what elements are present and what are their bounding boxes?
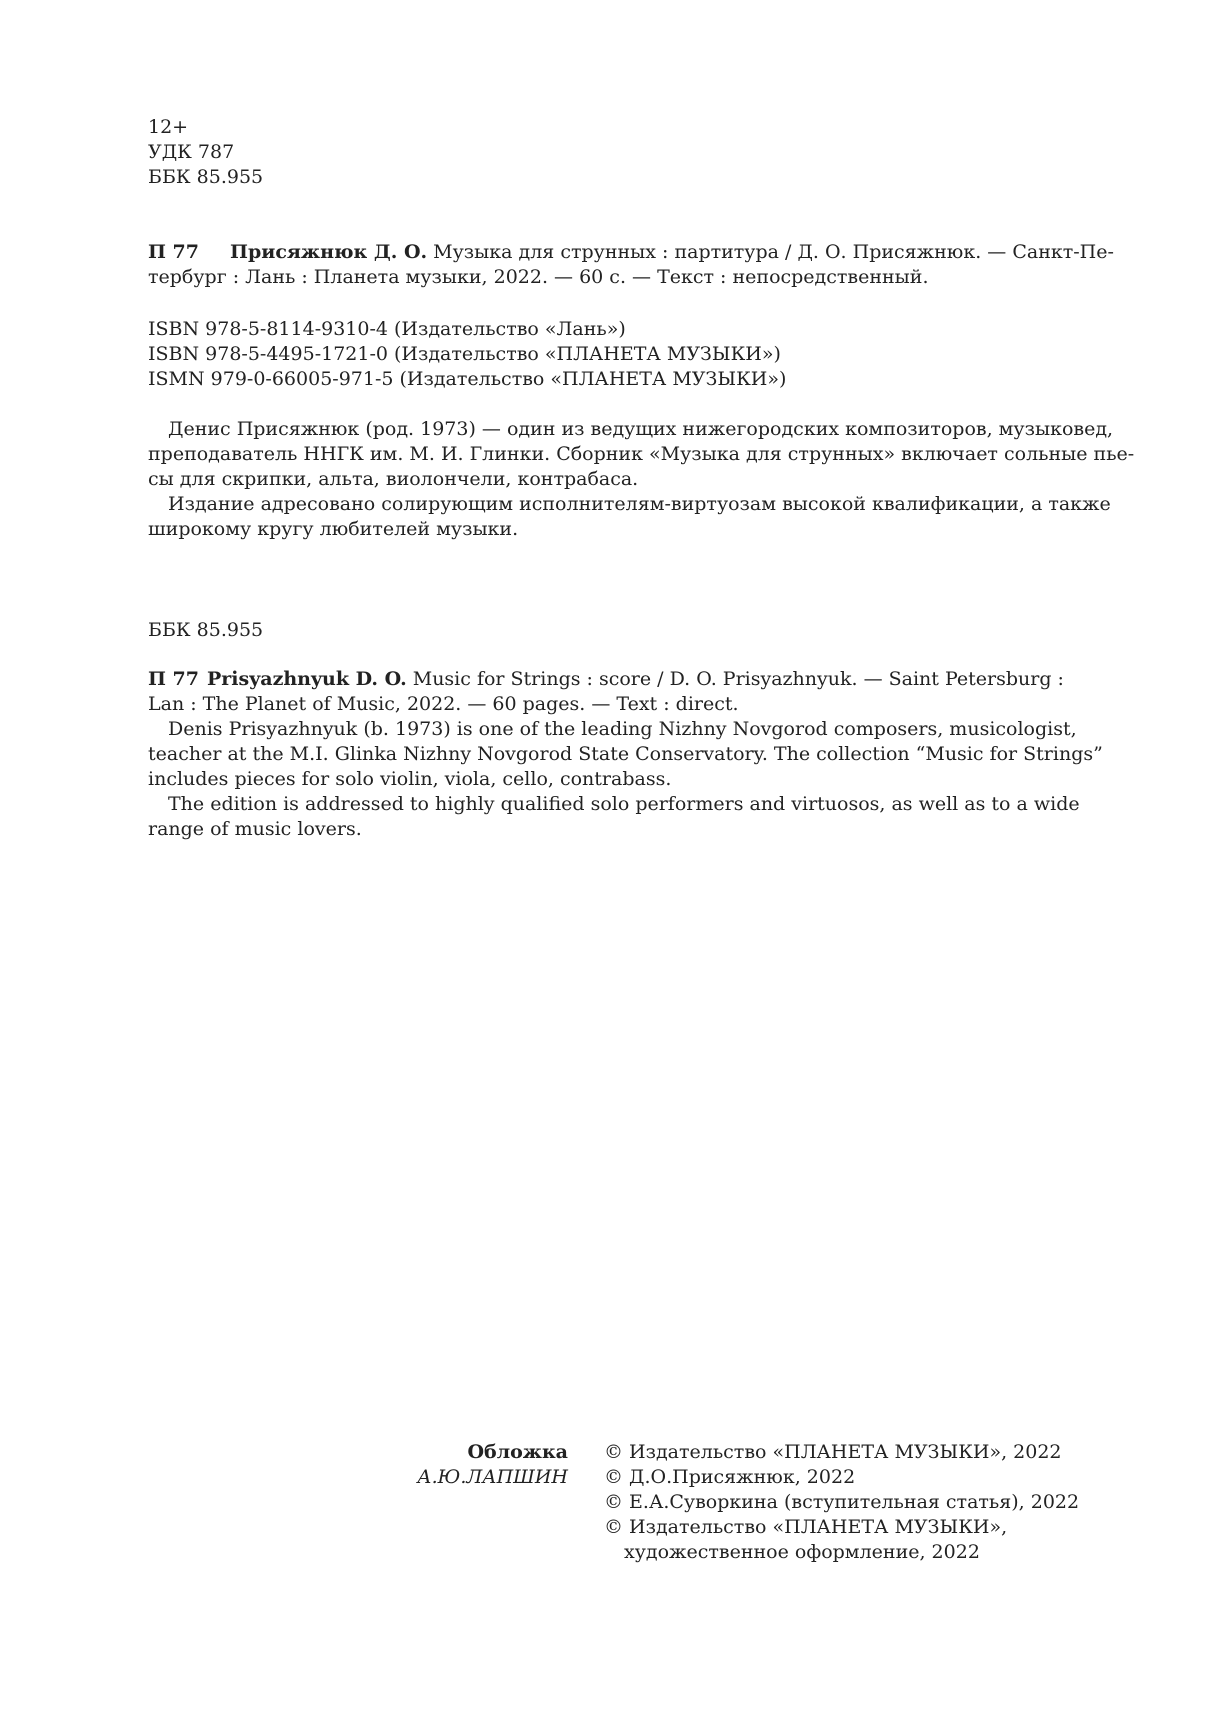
age-rating: 12+ <box>148 115 1096 140</box>
cover-artist: А.Ю.ЛАПШИН <box>360 1465 568 1490</box>
bibliographic-entry-ru: П 77Присяжнюк Д. О. Музыка для струнных … <box>148 240 1096 290</box>
author-mark: П 77 <box>148 240 230 265</box>
annotation-line: Издание адресовано солирующим исполнител… <box>148 492 1096 517</box>
bbk-code: ББК 85.955 <box>148 618 1096 643</box>
bibliographic-entry-en: П 77Prisyazhnyuk D. O. Music for Strings… <box>148 667 1096 842</box>
ismn-planet: ISMN 979-0-66005-971-5 (Издательство «ПЛ… <box>148 367 1096 392</box>
copyright-continuation: художественное оформление, 2022 <box>604 1540 1079 1565</box>
bbk-code-repeat: ББК 85.955 <box>148 618 1096 643</box>
cover-label: Обложка <box>360 1440 568 1465</box>
author-name: Присяжнюк Д. О. <box>230 241 427 263</box>
annotation-line: range of music lovers. <box>148 817 1096 842</box>
entry-line-2: Lan : The Planet of Music, 2022. — 60 pa… <box>148 692 1096 717</box>
annotation-line: широкому кругу любителей музыки. <box>148 517 1096 542</box>
annotation-line: The edition is addressed to highly quali… <box>148 792 1096 817</box>
annotation-line: teacher at the M.I. Glinka Nizhny Novgor… <box>148 742 1096 767</box>
title-text: Музыка для струнных : партитура / Д. О. … <box>427 241 1114 263</box>
copyright-line: © Издательство «ПЛАНЕТА МУЗЫКИ», <box>604 1515 1079 1540</box>
annotation-ru: Денис Присяжнюк (род. 1973) — один из ве… <box>148 417 1096 542</box>
isbn-lan: ISBN 978-5-8114-9310-4 (Издательство «Ла… <box>148 317 1096 342</box>
annotation-line: сы для скрипки, альта, виолончели, контр… <box>148 467 1096 492</box>
entry-line-2: тербург : Лань : Планета музыки, 2022. —… <box>148 265 1096 290</box>
copyright-line: © Издательство «ПЛАНЕТА МУЗЫКИ», 2022 <box>604 1440 1079 1465</box>
entry-line-1: П 77Prisyazhnyuk D. O. Music for Strings… <box>148 667 1096 692</box>
isbn-planet: ISBN 978-5-4495-1721-0 (Издательство «ПЛ… <box>148 342 1096 367</box>
annotation-line: Денис Присяжнюк (род. 1973) — один из ве… <box>148 417 1096 442</box>
udk-code: УДК 787 <box>148 140 1096 165</box>
copyright-line: © Е.А.Суворкина (вступительная статья), … <box>604 1490 1079 1515</box>
copyright-line: © Д.О.Присяжнюк, 2022 <box>604 1465 1079 1490</box>
author-mark: П 77 <box>148 668 199 690</box>
title-text: Music for Strings : score / D. O. Prisya… <box>407 668 1064 690</box>
copyright-list: © Издательство «ПЛАНЕТА МУЗЫКИ», 2022 © … <box>604 1440 1079 1565</box>
identifiers: ISBN 978-5-8114-9310-4 (Издательство «Ла… <box>148 317 1096 392</box>
header-codes: 12+ УДК 787 ББК 85.955 <box>148 115 1096 190</box>
author-name: Prisyazhnyuk D. O. <box>207 668 407 690</box>
bbk-code: ББК 85.955 <box>148 165 1096 190</box>
annotation-line: преподаватель ННГК им. М. И. Глинки. Сбо… <box>148 442 1096 467</box>
annotation-line: Denis Prisyazhnyuk (b. 1973) is one of t… <box>148 717 1096 742</box>
cover-credit: Обложка А.Ю.ЛАПШИН <box>360 1440 568 1490</box>
entry-line-1: П 77Присяжнюк Д. О. Музыка для струнных … <box>148 240 1096 265</box>
annotation-line: includes pieces for solo violin, viola, … <box>148 767 1096 792</box>
